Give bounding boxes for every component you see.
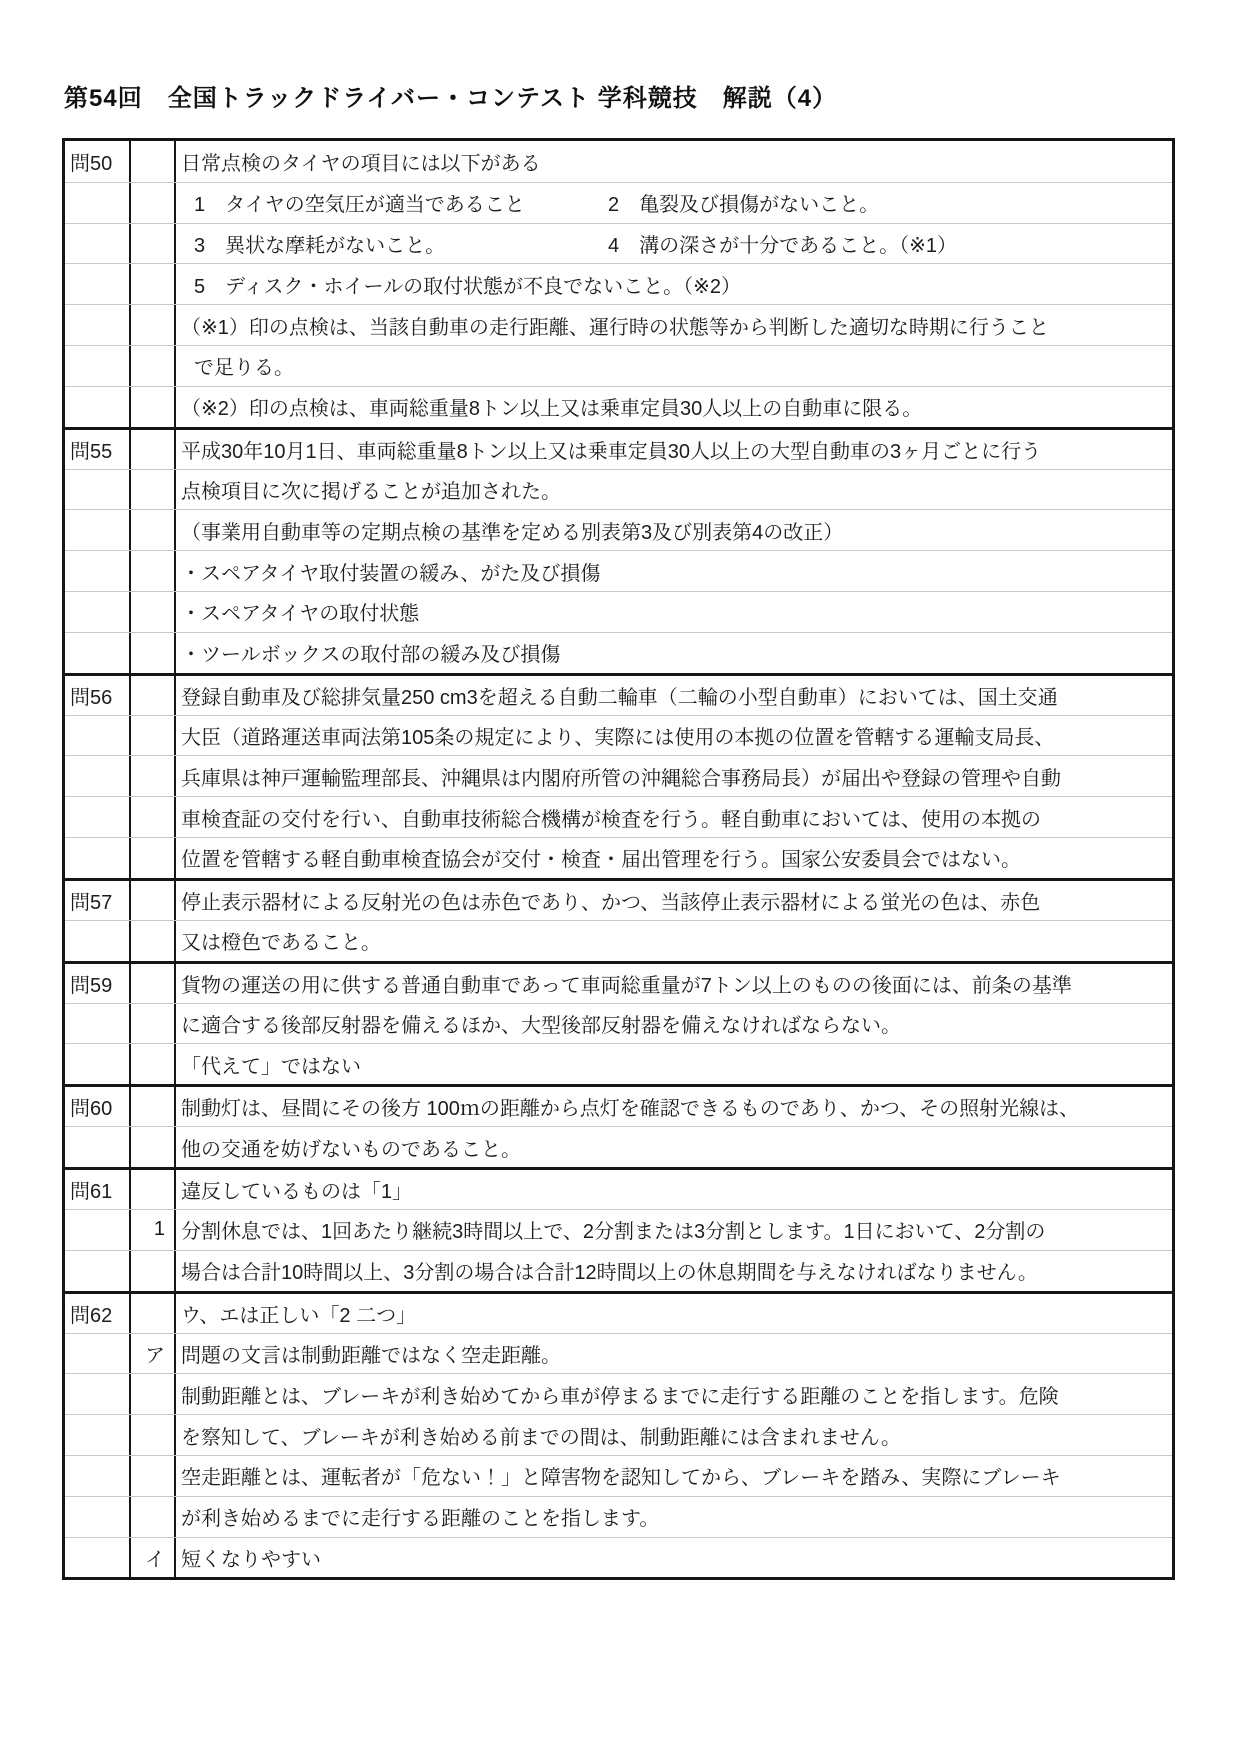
question-number-cell (65, 1044, 131, 1084)
question-number-cell (65, 1127, 131, 1167)
content-cell: （※2）印の点検は、車両総重量8トン以上又は乗車定員30人以上の自動車に限る。 (176, 387, 1172, 427)
question-number-cell (65, 224, 131, 264)
table-row: 位置を管轄する軽自動車検査協会が交付・検査・届出管理を行う。国家公安委員会ではな… (65, 837, 1172, 878)
content-text: 車検査証の交付を行い、自動車技術総合機構が検査を行う。軽自動車においては、使用の… (181, 803, 1041, 832)
question-number-cell: 問55 (65, 430, 131, 469)
content-cell: 制動灯は、昼間にその後方 100ｍの距離から点灯を確認できるものであり、かつ、そ… (176, 1087, 1172, 1126)
table-row: 1 タイヤの空気圧が適当であること2 亀裂及び損傷がないこと。 (65, 182, 1172, 223)
table-row: 点検項目に次に掲げることが追加された。 (65, 469, 1172, 510)
sub-item-cell (131, 1456, 176, 1496)
question-number-cell (65, 1415, 131, 1455)
content-cell: 又は橙色であること。 (176, 921, 1172, 961)
table-row: に適合する後部反射器を備えるほか、大型後部反射器を備えなければならない。 (65, 1003, 1172, 1044)
content-text: 日常点検のタイヤの項目には以下がある (181, 147, 541, 176)
content-text: 位置を管轄する軽自動車検査協会が交付・検査・届出管理を行う。国家公安委員会ではな… (181, 843, 1021, 872)
content-cell: ・ツールボックスの取付部の緩み及び損傷 (176, 633, 1172, 673)
content-text: 点検項目に次に掲げることが追加された。 (181, 475, 561, 504)
content-text: 貨物の運送の用に供する普通自動車であって車両総重量が7トン以上のものの後面には、… (181, 969, 1072, 998)
sub-item-cell (131, 964, 176, 1003)
question-number-cell (65, 1374, 131, 1414)
content-cell: 点検項目に次に掲げることが追加された。 (176, 470, 1172, 510)
content-text: ・スペアタイヤ取付装置の緩み、がた及び損傷 (181, 557, 600, 586)
sub-item-cell (131, 346, 176, 386)
content-text: 停止表示器材による反射光の色は赤色であり、かつ、当該停止表示器材による蛍光の色は… (181, 886, 1040, 915)
content-cell: ・スペアタイヤ取付装置の緩み、がた及び損傷 (176, 551, 1172, 591)
sub-item-cell (131, 756, 176, 796)
content-text: に適合する後部反射器を備えるほか、大型後部反射器を備えなければならない。 (181, 1009, 901, 1038)
content-text: 制動灯は、昼間にその後方 100ｍの距離から点灯を確認できるものであり、かつ、そ… (181, 1092, 1079, 1121)
question-number-cell (65, 921, 131, 961)
table-row: 兵庫県は神戸運輸監理部長、沖縄県は内閣府所管の沖縄総合事務局長）が届出や登録の管… (65, 755, 1172, 796)
sub-item-cell (131, 1170, 176, 1209)
page-title: 第54回 全国トラックドライバー・コンテスト 学科競技 解説（4） (64, 78, 837, 113)
content-cell: （※1）印の点検は、当該自動車の走行距離、運行時の状態等から判断した適切な時期に… (176, 305, 1172, 345)
content-cell: 車検査証の交付を行い、自動車技術総合機構が検査を行う。軽自動車においては、使用の… (176, 797, 1172, 837)
content-part-right: 2 亀裂及び損傷がないこと。 (608, 188, 879, 217)
question-number-cell (65, 756, 131, 796)
content-part-left: 1 タイヤの空気圧が適当であること (194, 188, 608, 217)
sub-item-cell (131, 1415, 176, 1455)
question-number-cell: 問57 (65, 881, 131, 920)
question-number-cell (65, 264, 131, 304)
content-cell: ウ、エは正しい「2 二つ」 (176, 1294, 1172, 1333)
sub-item-cell (131, 592, 176, 632)
content-text: 空走距離とは、運転者が「危ない！」と障害物を認知してから、ブレーキを踏み、実際に… (181, 1461, 1061, 1490)
sub-item-cell (131, 1497, 176, 1537)
question-number-cell (65, 1456, 131, 1496)
sub-item-cell (131, 1251, 176, 1291)
content-cell: 違反しているものは「1」 (176, 1170, 1172, 1209)
content-text: で足りる。 (194, 351, 294, 380)
sub-item-cell (131, 470, 176, 510)
content-cell: を察知して、ブレーキが利き始める前までの間は、制動距離には含まれません。 (176, 1415, 1172, 1455)
content-cell: で足りる。 (176, 346, 1172, 386)
content-cell: 分割休息では、1回あたり継続3時間以上で、2分割または3分割とします。1日におい… (176, 1210, 1172, 1250)
table-row: が利き始めるまでに走行する距離のことを指します。 (65, 1496, 1172, 1537)
sub-item-cell (131, 387, 176, 427)
question-number-cell: 問61 (65, 1170, 131, 1209)
question-number-cell (65, 551, 131, 591)
table-row: 問57停止表示器材による反射光の色は赤色であり、かつ、当該停止表示器材による蛍光… (65, 878, 1172, 920)
sub-item-cell (131, 430, 176, 469)
sub-item-cell (131, 224, 176, 264)
content-text: 大臣（道路運送車両法第105条の規定により、実際には使用の本拠の位置を管轄する運… (181, 721, 1054, 750)
content-text: 問題の文言は制動距離ではなく空走距離。 (181, 1339, 561, 1368)
content-cell: 位置を管轄する軽自動車検査協会が交付・検査・届出管理を行う。国家公安委員会ではな… (176, 838, 1172, 878)
question-number-cell (65, 1251, 131, 1291)
content-cell: 「代えて」ではない (176, 1044, 1172, 1084)
content-part-left: 3 異状な摩耗がないこと。 (194, 229, 608, 258)
table-row: 問60制動灯は、昼間にその後方 100ｍの距離から点灯を確認できるものであり、か… (65, 1084, 1172, 1126)
question-number-cell (65, 387, 131, 427)
sub-item-cell (131, 676, 176, 715)
sub-item-cell (131, 1294, 176, 1333)
table-row: 他の交通を妨げないものであること。 (65, 1126, 1172, 1167)
content-cell: 5 ディスク・ホイールの取付状態が不良でないこと。（※2） (176, 264, 1172, 304)
table-row: 大臣（道路運送車両法第105条の規定により、実際には使用の本拠の位置を管轄する運… (65, 715, 1172, 756)
table-row: 車検査証の交付を行い、自動車技術総合機構が検査を行う。軽自動車においては、使用の… (65, 796, 1172, 837)
content-cell: 貨物の運送の用に供する普通自動車であって車両総重量が7トン以上のものの後面には、… (176, 964, 1172, 1003)
content-text: 5 ディスク・ホイールの取付状態が不良でないこと。（※2） (194, 270, 741, 299)
sub-item-cell (131, 551, 176, 591)
content-text: （※1）印の点検は、当該自動車の走行距離、運行時の状態等から判断した適切な時期に… (181, 311, 1049, 340)
question-number-cell: 問62 (65, 1294, 131, 1333)
sub-item-cell: ア (131, 1334, 176, 1374)
content-text: 登録自動車及び総排気量250 cm3を超える自動二輪車（二輪の小型自動車）におい… (181, 681, 1058, 710)
sub-item-cell (131, 1127, 176, 1167)
table-row: （※2）印の点検は、車両総重量8トン以上又は乗車定員30人以上の自動車に限る。 (65, 386, 1172, 427)
table-row: 問56登録自動車及び総排気量250 cm3を超える自動二輪車（二輪の小型自動車）… (65, 673, 1172, 715)
table-row: 問61違反しているものは「1」 (65, 1167, 1172, 1209)
table-row: を察知して、ブレーキが利き始める前までの間は、制動距離には含まれません。 (65, 1414, 1172, 1455)
question-number-cell (65, 716, 131, 756)
sub-item-cell (131, 1004, 176, 1044)
sub-item-cell (131, 305, 176, 345)
sub-item-cell (131, 141, 176, 182)
table-row: （※1）印の点検は、当該自動車の走行距離、運行時の状態等から判断した適切な時期に… (65, 304, 1172, 345)
table-row: イ短くなりやすい (65, 1537, 1172, 1578)
table-row: 空走距離とは、運転者が「危ない！」と障害物を認知してから、ブレーキを踏み、実際に… (65, 1455, 1172, 1496)
content-cell: 他の交通を妨げないものであること。 (176, 1127, 1172, 1167)
table-row: 又は橙色であること。 (65, 920, 1172, 961)
table-row: 問62ウ、エは正しい「2 二つ」 (65, 1291, 1172, 1333)
table-row: 問59貨物の運送の用に供する普通自動車であって車両総重量が7トン以上のものの後面… (65, 961, 1172, 1003)
sub-item-cell: イ (131, 1538, 176, 1578)
content-cell: が利き始めるまでに走行する距離のことを指します。 (176, 1497, 1172, 1537)
question-number-cell (65, 797, 131, 837)
table-row: 場合は合計10時間以上、3分割の場合は合計12時間以上の休息期間を与えなければな… (65, 1250, 1172, 1291)
content-part-right: 4 溝の深さが十分であること。（※1） (608, 229, 957, 258)
sub-item-cell (131, 1044, 176, 1084)
question-number-cell (65, 305, 131, 345)
document-page: 第54回 全国トラックドライバー・コンテスト 学科競技 解説（4） 問50日常点… (0, 0, 1241, 1755)
content-text: 兵庫県は神戸運輸監理部長、沖縄県は内閣府所管の沖縄総合事務局長）が届出や登録の管… (181, 762, 1061, 791)
question-number-cell (65, 510, 131, 550)
content-cell: 登録自動車及び総排気量250 cm3を超える自動二輪車（二輪の小型自動車）におい… (176, 676, 1172, 715)
table-row: 3 異状な摩耗がないこと。4 溝の深さが十分であること。（※1） (65, 223, 1172, 264)
question-number-cell: 問60 (65, 1087, 131, 1126)
content-cell: に適合する後部反射器を備えるほか、大型後部反射器を備えなければならない。 (176, 1004, 1172, 1044)
answer-table: 問50日常点検のタイヤの項目には以下がある1 タイヤの空気圧が適当であること2 … (62, 138, 1175, 1580)
sub-item-cell (131, 510, 176, 550)
content-text: 短くなりやすい (181, 1543, 321, 1572)
content-text: （事業用自動車等の定期点検の基準を定める別表第3及び別表第4の改正） (181, 516, 843, 545)
content-cell: 問題の文言は制動距離ではなく空走距離。 (176, 1334, 1172, 1374)
question-number-cell (65, 1004, 131, 1044)
content-cell: 1 タイヤの空気圧が適当であること2 亀裂及び損傷がないこと。 (176, 183, 1172, 223)
content-cell: （事業用自動車等の定期点検の基準を定める別表第3及び別表第4の改正） (176, 510, 1172, 550)
question-number-cell (65, 838, 131, 878)
sub-item-cell (131, 264, 176, 304)
content-text: 分割休息では、1回あたり継続3時間以上で、2分割または3分割とします。1日におい… (181, 1215, 1045, 1244)
content-text: 又は橙色であること。 (181, 926, 381, 955)
question-number-cell (65, 1334, 131, 1374)
content-text: ウ、エは正しい「2 二つ」 (181, 1299, 416, 1328)
sub-item-cell (131, 1087, 176, 1126)
table-row: ・スペアタイヤ取付装置の緩み、がた及び損傷 (65, 550, 1172, 591)
sub-item-cell: 1 (131, 1210, 176, 1250)
question-number-cell (65, 1210, 131, 1250)
question-number-cell (65, 470, 131, 510)
table-row: ア問題の文言は制動距離ではなく空走距離。 (65, 1333, 1172, 1374)
content-cell: 3 異状な摩耗がないこと。4 溝の深さが十分であること。（※1） (176, 224, 1172, 264)
question-number-cell (65, 346, 131, 386)
sub-item-cell (131, 716, 176, 756)
table-row: 制動距離とは、ブレーキが利き始めてから車が停まるまでに走行する距離のことを指しま… (65, 1373, 1172, 1414)
question-number-cell (65, 592, 131, 632)
sub-item-cell (131, 1374, 176, 1414)
content-text: 制動距離とは、ブレーキが利き始めてから車が停まるまでに走行する距離のことを指しま… (181, 1380, 1059, 1409)
table-row: （事業用自動車等の定期点検の基準を定める別表第3及び別表第4の改正） (65, 509, 1172, 550)
sub-item-cell (131, 183, 176, 223)
table-row: 1分割休息では、1回あたり継続3時間以上で、2分割または3分割とします。1日にお… (65, 1209, 1172, 1250)
content-cell: 停止表示器材による反射光の色は赤色であり、かつ、当該停止表示器材による蛍光の色は… (176, 881, 1172, 920)
sub-item-cell (131, 797, 176, 837)
table-row: ・スペアタイヤの取付状態 (65, 591, 1172, 632)
table-row: ・ツールボックスの取付部の緩み及び損傷 (65, 632, 1172, 673)
content-cell: 大臣（道路運送車両法第105条の規定により、実際には使用の本拠の位置を管轄する運… (176, 716, 1172, 756)
content-cell: 場合は合計10時間以上、3分割の場合は合計12時間以上の休息期間を与えなければな… (176, 1251, 1172, 1291)
sub-item-cell (131, 633, 176, 673)
question-number-cell (65, 633, 131, 673)
table-row: 問50日常点検のタイヤの項目には以下がある (65, 141, 1172, 182)
question-number-cell: 問56 (65, 676, 131, 715)
content-cell: 平成30年10月1日、車両総重量8トン以上又は乗車定員30人以上の大型自動車の3… (176, 430, 1172, 469)
sub-item-cell (131, 838, 176, 878)
table-row: で足りる。 (65, 345, 1172, 386)
table-row: 「代えて」ではない (65, 1043, 1172, 1084)
content-text: ・ツールボックスの取付部の緩み及び損傷 (181, 638, 560, 667)
content-cell: 短くなりやすい (176, 1538, 1172, 1578)
sub-item-cell (131, 921, 176, 961)
content-cell: ・スペアタイヤの取付状態 (176, 592, 1172, 632)
content-text: 平成30年10月1日、車両総重量8トン以上又は乗車定員30人以上の大型自動車の3… (181, 435, 1041, 464)
question-number-cell: 問50 (65, 141, 131, 182)
content-text: ・スペアタイヤの取付状態 (181, 597, 419, 626)
question-number-cell (65, 1497, 131, 1537)
question-number-cell (65, 1538, 131, 1578)
content-text: 他の交通を妨げないものであること。 (181, 1133, 521, 1162)
sub-item-cell (131, 881, 176, 920)
question-number-cell: 問59 (65, 964, 131, 1003)
content-cell: 兵庫県は神戸運輸監理部長、沖縄県は内閣府所管の沖縄総合事務局長）が届出や登録の管… (176, 756, 1172, 796)
table-row: 5 ディスク・ホイールの取付状態が不良でないこと。（※2） (65, 263, 1172, 304)
question-number-cell (65, 183, 131, 223)
content-text: 違反しているものは「1」 (181, 1175, 412, 1204)
content-text: 「代えて」ではない (181, 1050, 361, 1079)
table-row: 問55平成30年10月1日、車両総重量8トン以上又は乗車定員30人以上の大型自動… (65, 427, 1172, 469)
content-text: が利き始めるまでに走行する距離のことを指します。 (181, 1502, 659, 1531)
content-cell: 空走距離とは、運転者が「危ない！」と障害物を認知してから、ブレーキを踏み、実際に… (176, 1456, 1172, 1496)
content-text: 場合は合計10時間以上、3分割の場合は合計12時間以上の休息期間を与えなければな… (181, 1256, 1038, 1285)
content-text: を察知して、ブレーキが利き始める前までの間は、制動距離には含まれません。 (181, 1421, 901, 1450)
content-cell: 日常点検のタイヤの項目には以下がある (176, 141, 1172, 182)
content-text: （※2）印の点検は、車両総重量8トン以上又は乗車定員30人以上の自動車に限る。 (181, 392, 922, 421)
content-cell: 制動距離とは、ブレーキが利き始めてから車が停まるまでに走行する距離のことを指しま… (176, 1374, 1172, 1414)
